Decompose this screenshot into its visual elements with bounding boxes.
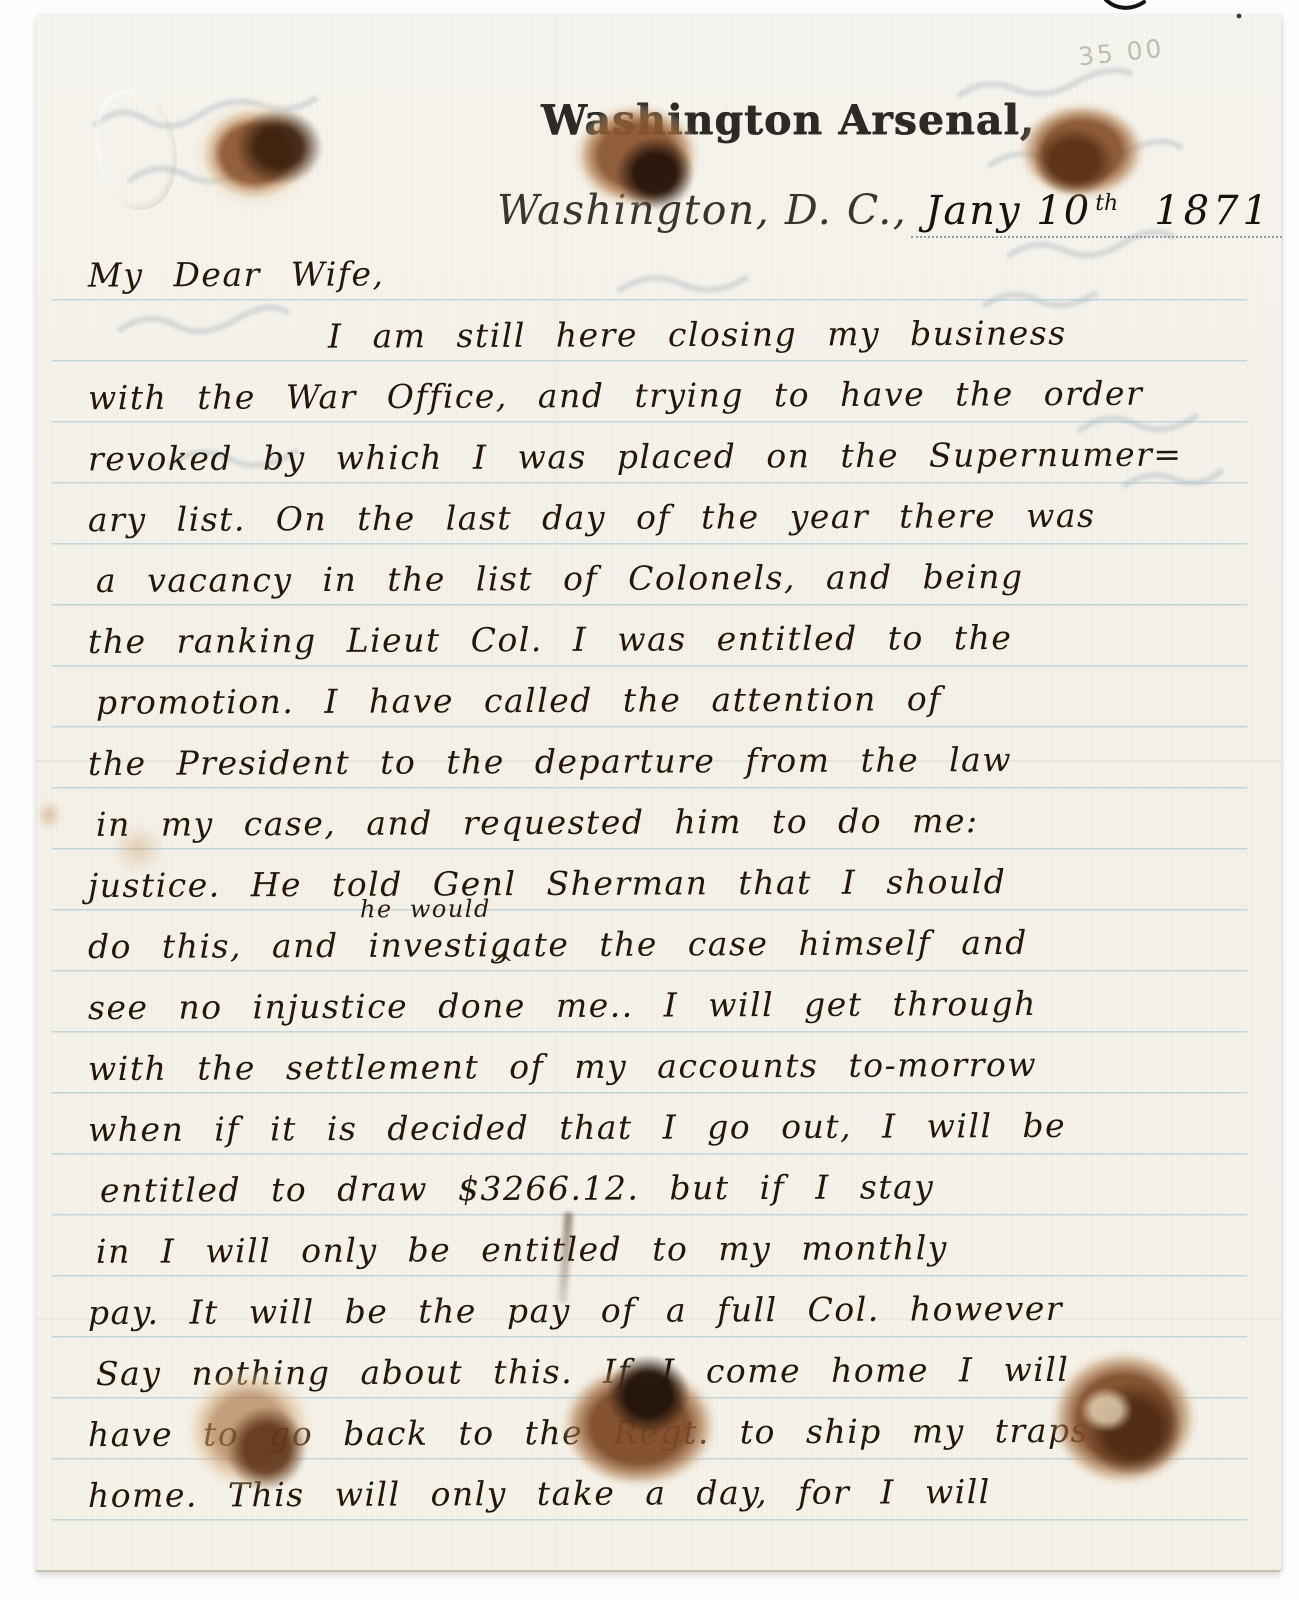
letter-line: I am still here closing my business: [328, 313, 1067, 355]
letter-line: entitled to draw $3266.12. but if I stay: [100, 1167, 935, 1210]
date-fill-line: Jany 10 th 1871: [911, 188, 1282, 238]
letter-line: the ranking Lieut Col. I was entitled to…: [88, 618, 1013, 661]
salutation: My Dear Wife,: [88, 254, 385, 294]
letter-line: promotion. I have called the attention o…: [96, 679, 942, 722]
letterhead-date-line: Washington, D. C., Jany 10 th 1871: [497, 186, 1282, 238]
date-superscript: th: [1095, 191, 1118, 216]
letter-line: in my case, and requested him to do me:: [96, 801, 979, 844]
date-year: 1871: [1154, 188, 1272, 234]
letter-line: see no injustice done me.. I will get th…: [88, 984, 1037, 1027]
letter-line: when if it is decided that I go out, I w…: [88, 1106, 1066, 1149]
handwritten-date: Jany 10: [925, 188, 1091, 234]
letter-line: with the settlement of my accounts to-mo…: [88, 1045, 1037, 1088]
letter-line: pay. It will be the pay of a full Col. h…: [88, 1289, 1063, 1332]
scanned-letter: Washington Arsenal, Washington, D. C., J…: [0, 0, 1299, 1600]
letter-line: have to go back to the Regt. to ship my …: [88, 1411, 1089, 1454]
letter-line: ary list. On the last day of the year th…: [88, 496, 1096, 539]
letterhead-title: Washington Arsenal,: [541, 96, 1035, 144]
letter-line: the President to the departure from the …: [88, 740, 1012, 783]
letter-line: home. This will only take a day, for I w…: [88, 1472, 991, 1515]
letter-line: with the War Office, and trying to have …: [88, 374, 1143, 418]
paper-fold-vertical: [554, 14, 558, 1570]
letterhead-city: Washington, D. C.,: [497, 186, 907, 234]
letter-line: a vacancy in the list of Colonels, and b…: [96, 557, 1024, 600]
letter-paper: [36, 14, 1281, 1570]
letter-line: in I will only be entitled to my monthly: [96, 1228, 948, 1271]
letter-line: justice. He told Genl Sherman that I sho…: [88, 862, 1007, 905]
letter-line: Say nothing about this. If I come home I…: [96, 1350, 1070, 1393]
letter-line: do this, and investigate the case himsel…: [88, 923, 1028, 966]
insertion-caret: ^: [492, 950, 515, 980]
letter-line: revoked by which I was placed on the Sup…: [88, 435, 1183, 479]
insertion-above-line: he would: [360, 895, 491, 924]
